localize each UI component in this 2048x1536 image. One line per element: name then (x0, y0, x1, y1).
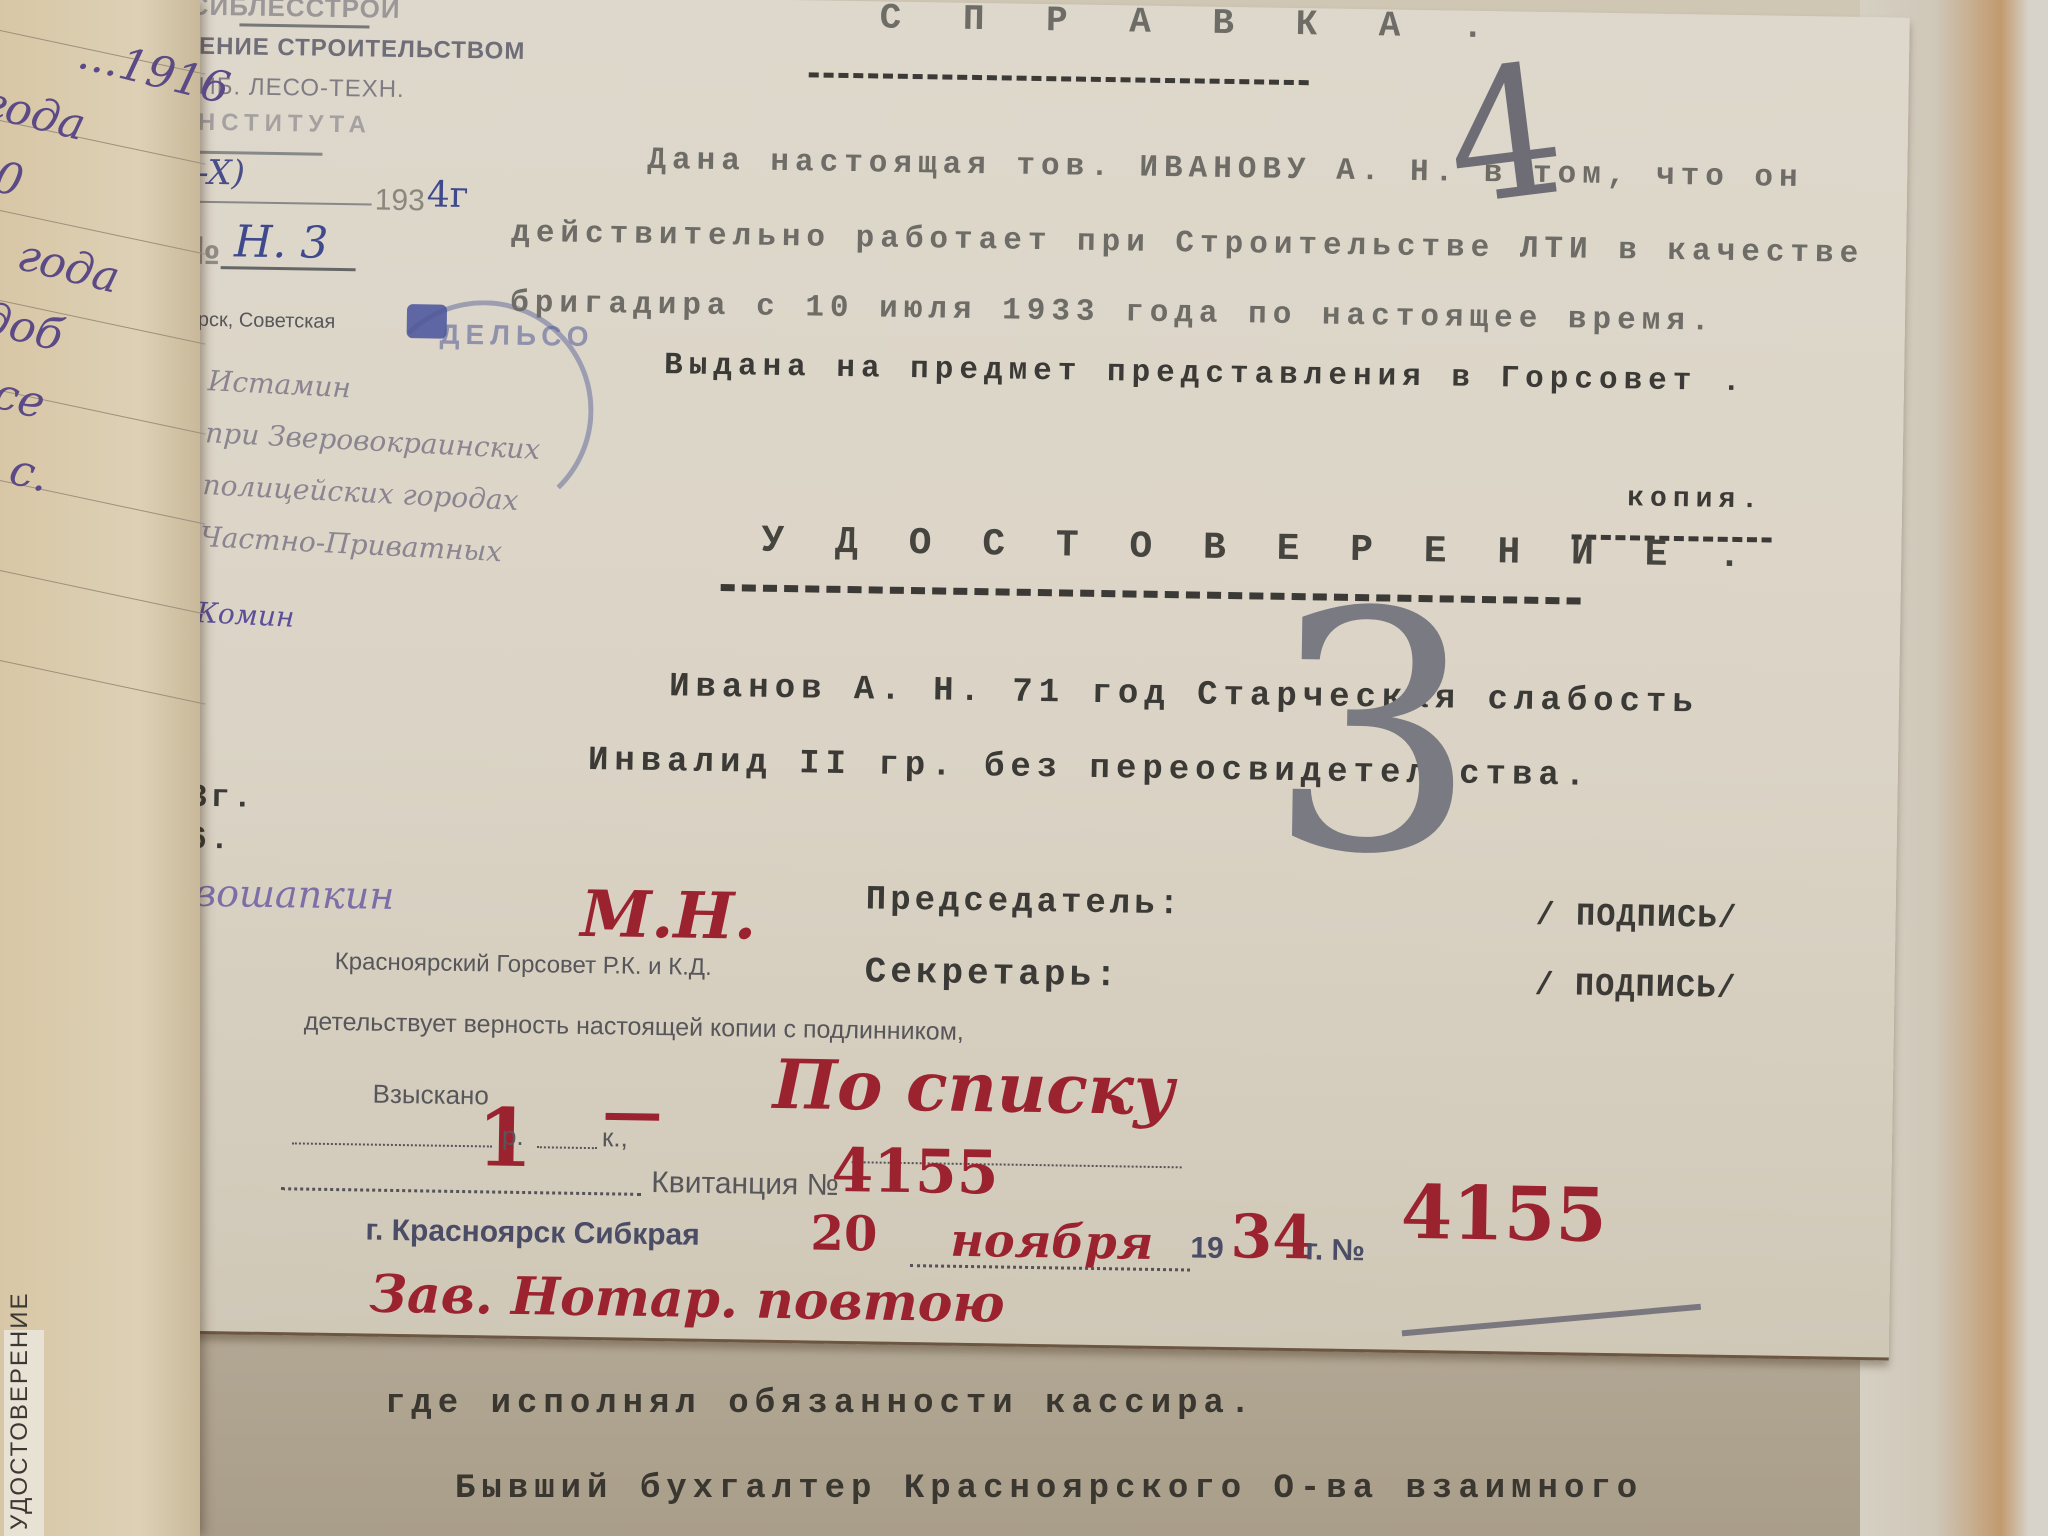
city-line: г. Красноярск Сибкрая (365, 1214, 700, 1253)
udostoverenie-line-1: Иванов А. Н. 71 год Старческая слабость (669, 668, 1699, 722)
reg-number: 4155 (1400, 1170, 1607, 1259)
vzyskano-label: Взыскано (372, 1079, 489, 1112)
kop-line (537, 1146, 597, 1149)
year-prefix: 19 (1190, 1231, 1224, 1266)
lower-sheet-line-1: где исполнял обязанности кассира. (385, 1385, 1256, 1423)
round-stamp-text: ДЕЛЬСО (439, 319, 594, 353)
notebook-page: ...1916 года 30 года седоб носсе е. с. о… (0, 0, 200, 1536)
rub-label: р. (502, 1121, 524, 1152)
certification-text: детельствует верность настоящей копии с … (304, 1008, 964, 1047)
date-rule (177, 200, 372, 205)
stamp-line-2: ЕНИЕ СТРОИТЕЛЬСТВОМ (199, 33, 526, 66)
day-handwritten: 20 (810, 1206, 878, 1263)
margin-line-5: Комин (195, 587, 532, 656)
gorsovet-label: Красноярский Горсовет Р.К. и К.Д. (335, 948, 713, 982)
pencil-mark-4: 4 (1435, 25, 1574, 247)
document-sheet: СИБЛЕССТРОЙ ЕНИЕ СТРОИТЕЛЬСТВОМ ИБ. ЛЕСО… (129, 0, 1910, 1360)
spine-label: УДОСТОВЕРЕНИЕ (4, 1330, 44, 1536)
chairman-label: Председатель: (865, 881, 1183, 924)
rub-line (292, 1142, 492, 1147)
kvitanciya-label: Квитанция № (651, 1166, 839, 1203)
lower-sheet-line-2: Бывший бухгалтер Красноярского О-ва взаи… (455, 1470, 1643, 1508)
spravka-line-2: действительно работает при Строительстве… (511, 216, 1865, 272)
secretary-label: Секретарь: (864, 951, 1121, 996)
pencil-scribble (1398, 1264, 1701, 1336)
udostoverenie-title: У Д О С Т О В Е Р Е Н И Е . (761, 520, 1755, 579)
red-note-po-spisku: По списку (772, 1045, 1175, 1131)
year-suffix: 34 (1230, 1202, 1315, 1273)
kopiya-label: копия. (1627, 483, 1764, 516)
margin-handwriting: Истамин при Зверовокраинских полицейских… (195, 355, 544, 656)
spravka-title: С П Р А В К А . (879, 0, 1504, 48)
year-handwritten: 4г (426, 174, 468, 216)
spravka-line-1: Дана настоящая тов. ИВАНОВУ А. Н. в том,… (647, 143, 1804, 196)
chairman-signature: / ПОДПИСЬ/ (1535, 897, 1738, 937)
spravka-underline (809, 72, 1309, 85)
stamp-rule (239, 23, 369, 28)
pencil-mark-3: 3 (1266, 568, 1481, 901)
kvitanciya-number: 4155 (831, 1136, 999, 1209)
kvit-line-left (281, 1187, 641, 1196)
number-handwritten: Н. 3 (234, 216, 329, 268)
number-rule (221, 266, 356, 271)
month-handwritten: ноября (950, 1213, 1154, 1270)
kop-label: к., (602, 1122, 628, 1153)
reg-number-label: г. № (1305, 1233, 1365, 1268)
red-initials: М.Н. (580, 877, 757, 955)
spravka-line-4: Выдана на предмет представления в Горсов… (664, 348, 1747, 400)
spravka-line-3: бригадира с 10 июля 1933 года по настоящ… (510, 286, 1716, 340)
spine-text: УДОСТОВЕРЕНИЕ (6, 1292, 34, 1531)
year-printed: 193 (374, 184, 425, 219)
stamp-line-4: НСТИТУТА (198, 109, 372, 140)
red-signature-line: Зав. Нотар. повтою (369, 1264, 1005, 1335)
secretary-signature: / ПОДПИСЬ/ (1534, 967, 1737, 1007)
stamp-line-1: СИБЛЕССТРОЙ (190, 0, 401, 25)
